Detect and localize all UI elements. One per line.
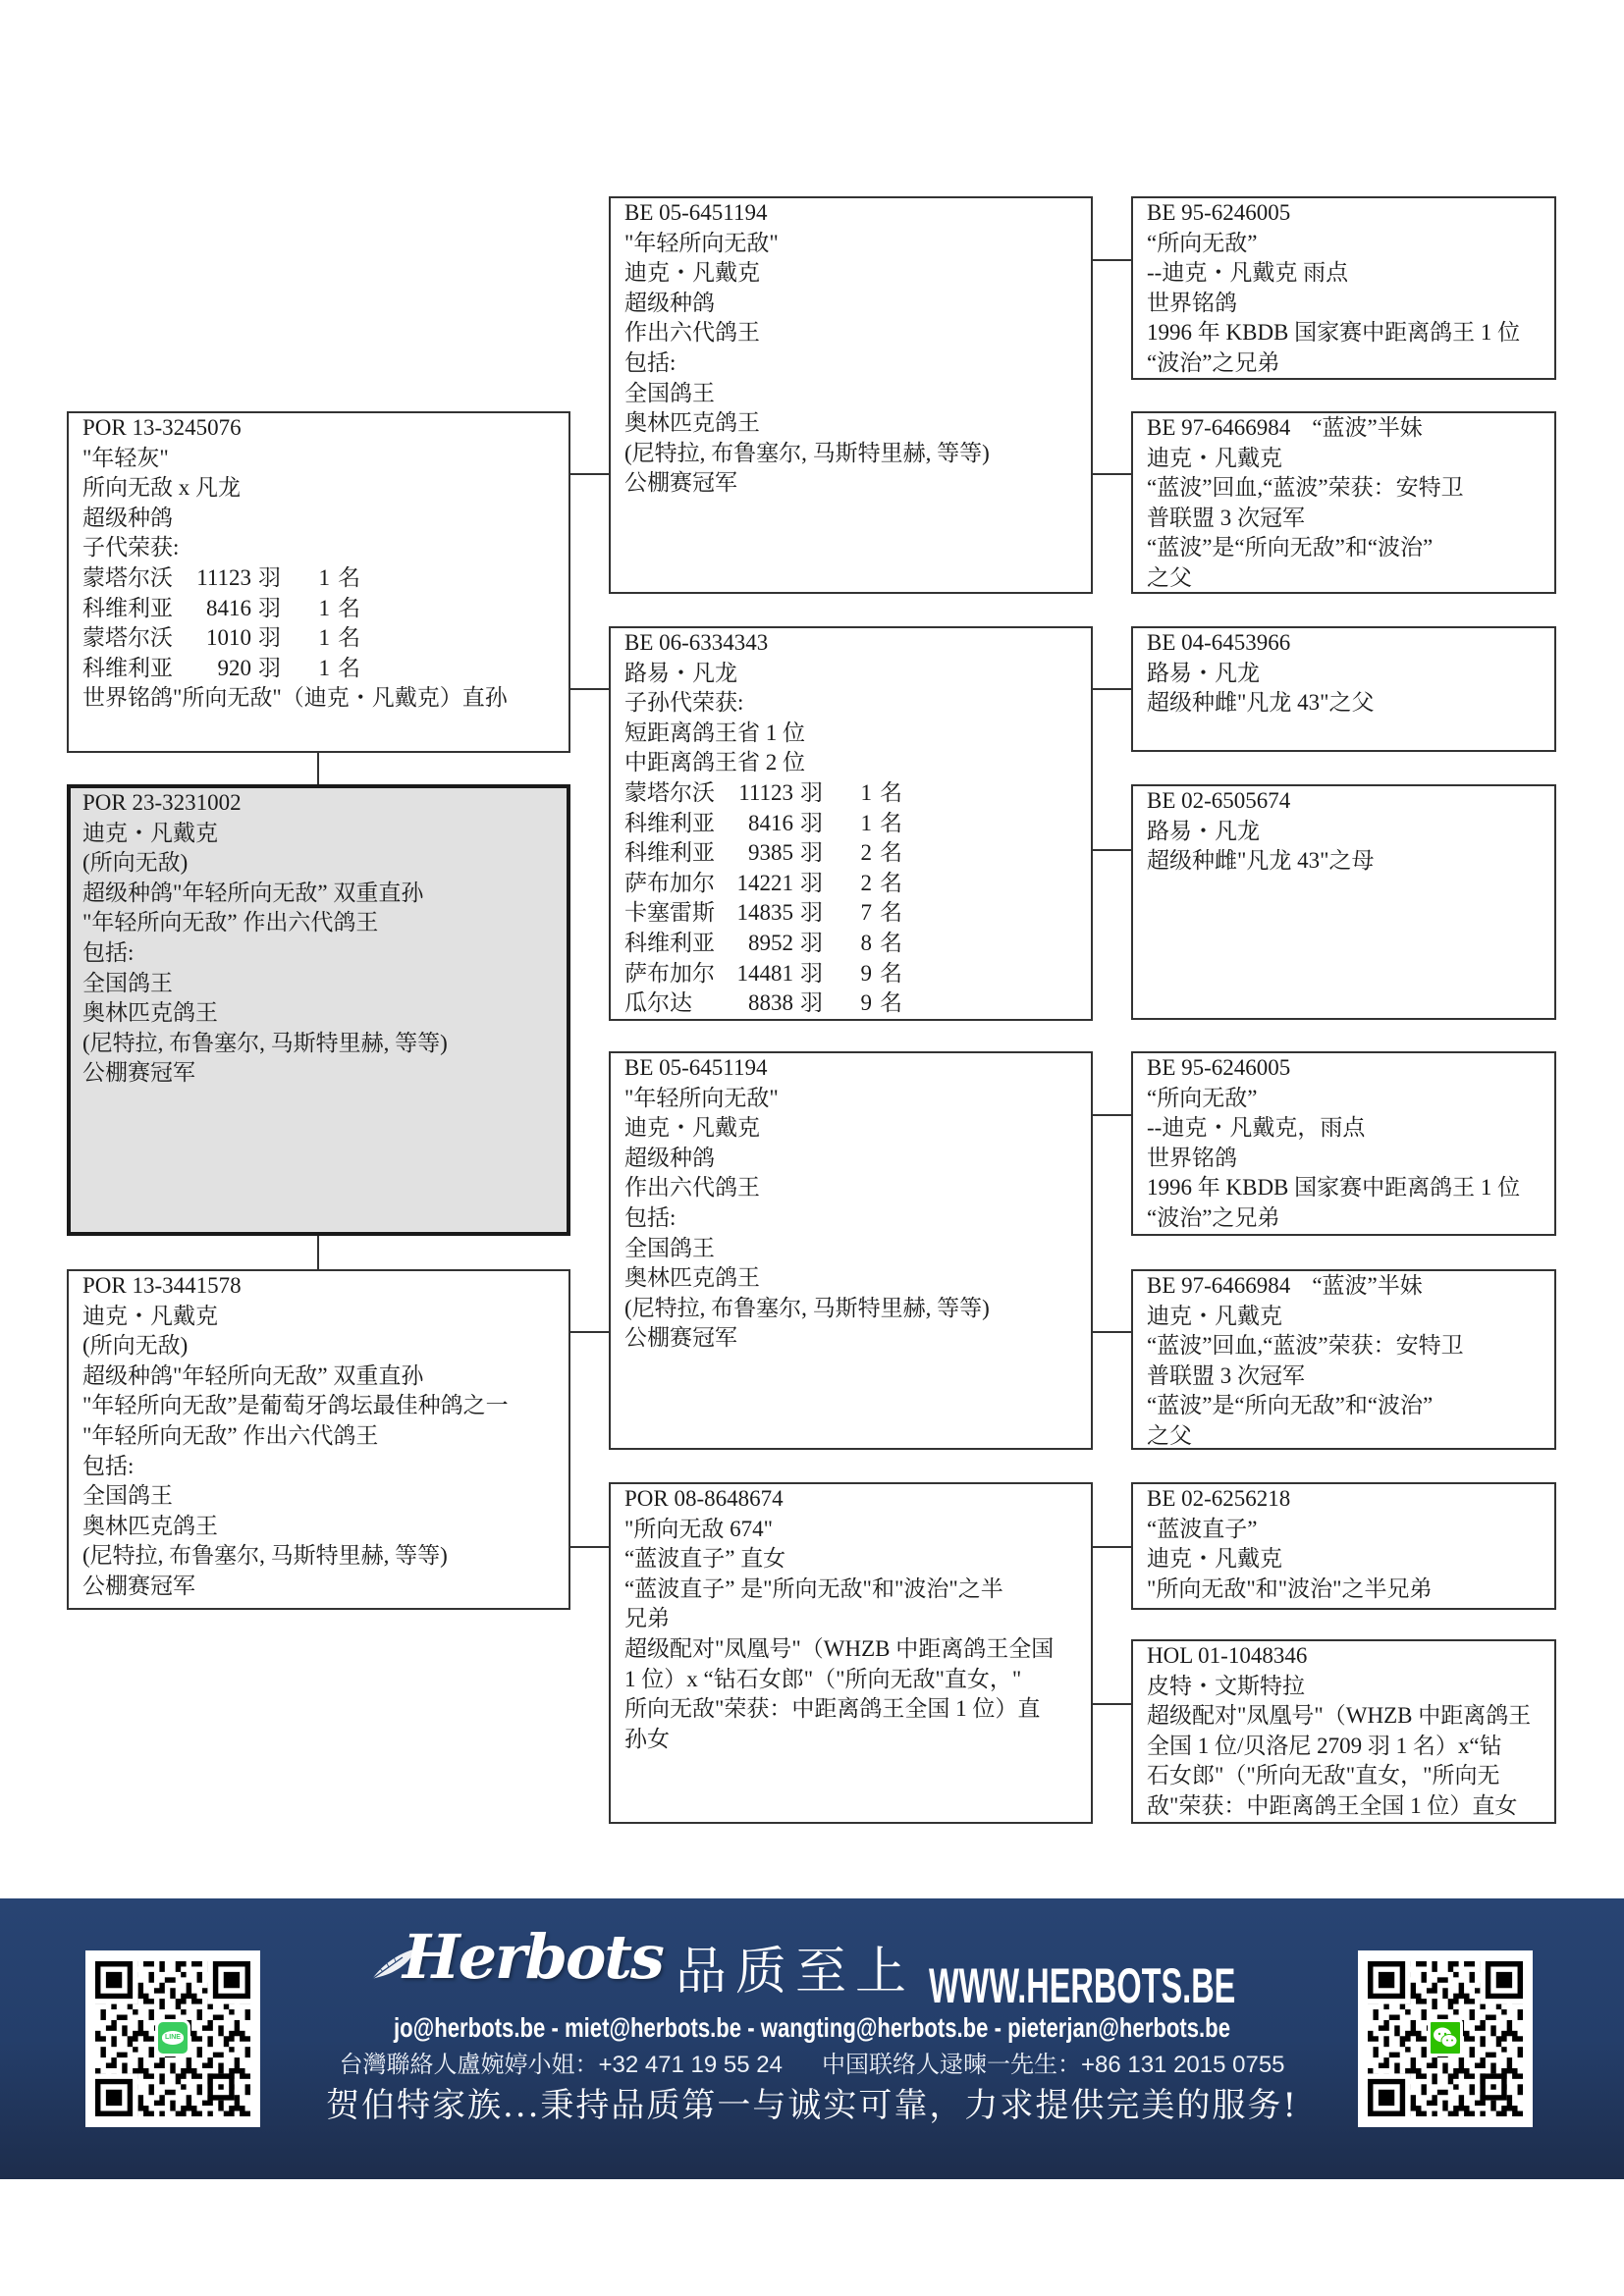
result-place-unit: 名 <box>872 959 902 989</box>
box-line: 中距离鸽王省 2 位 <box>624 748 1083 778</box>
result-birds-unit: 羽 <box>251 623 285 654</box>
result-place: 1 <box>285 654 330 684</box>
pedigree-box-sire-dam-sire: BE 04-6453966 路易・凡龙 超级种雌"凡龙 43"之父 <box>1131 626 1556 752</box>
box-line: 奥林匹克鸽王 <box>624 408 1083 439</box>
result-birds-unit: 羽 <box>793 929 827 959</box>
wechat-bubbles-icon <box>1433 2026 1458 2050</box>
box-line: --迪克・凡戴克 雨点 <box>1147 258 1546 289</box>
box-line: 超级种雌"凡龙 43"之父 <box>1147 688 1546 719</box>
box-line: "所向无敌 674" <box>624 1515 1083 1545</box>
ring-number: BE 97-6466984 <box>1147 415 1290 440</box>
result-race: 科维利亚 <box>82 654 192 684</box>
box-line: “蓝波”回血,“蓝波”荣获：安特卫 <box>1147 1331 1546 1362</box>
box-line: "年轻所向无敌" <box>624 229 1083 259</box>
box-line: 1996 年 KBDB 国家赛中距离鸽王 1 位 <box>1147 1173 1546 1203</box>
result-place-unit: 名 <box>872 838 902 869</box>
result-row: 萨布加尔 14221 羽 2 名 <box>624 869 1083 899</box>
result-row: 科维利亚 8416 羽 1 名 <box>82 594 561 624</box>
result-birds: 11123 <box>734 778 793 809</box>
box-line: 超级种鸽 <box>82 504 561 534</box>
box-line: 普联盟 3 次冠军 <box>1147 1362 1546 1392</box>
result-race: 蒙塔尔沃 <box>82 623 192 654</box>
box-line: "年轻灰" <box>82 444 561 474</box>
email-separator: - <box>741 2012 761 2043</box>
pedigree-box-dam-sire: BE 05-6451194 "年轻所向无敌" 迪克・凡戴克 超级种鸽 作出六代鸽… <box>609 1051 1093 1450</box>
pedigree-box-subject: POR 23-3231002 迪克・凡戴克 (所向无敌) 超级种鸽"年轻所向无敌… <box>67 784 570 1236</box>
box-line: 奥林匹克鸽王 <box>624 1263 1083 1294</box>
result-row: 瓜尔达 8838 羽 9 名 <box>624 988 1083 1019</box>
result-race: 科维利亚 <box>624 809 734 839</box>
result-place-unit: 名 <box>330 594 360 624</box>
ring-number: BE 95-6246005 <box>1147 198 1546 229</box>
box-line: 所向无敌"荣获：中距离鸽王全国 1 位）直 <box>624 1694 1083 1725</box>
box-line: (尼特拉, 布鲁塞尔, 马斯特里赫, 等等) <box>82 1029 559 1059</box>
ring-number: BE 02-6256218 <box>1147 1484 1546 1515</box>
result-place: 1 <box>285 623 330 654</box>
ring-suffix: “蓝波”半妹 <box>1312 415 1422 440</box>
connector-line <box>570 1546 609 1548</box>
box-line: 迪克・凡戴克 <box>1147 444 1546 474</box>
box-line: 超级种鸽"年轻所向无敌” 双重直孙 <box>82 879 559 909</box>
result-place-unit: 名 <box>872 929 902 959</box>
pedigree-box-dam-sire-dam: BE 97-6466984“蓝波”半妹 迪克・凡戴克 “蓝波”回血,“蓝波”荣获… <box>1131 1269 1556 1450</box>
pedigree-box-sire-sire-dam: BE 97-6466984“蓝波”半妹 迪克・凡戴克 “蓝波”回血,“蓝波”荣获… <box>1131 411 1556 594</box>
box-line: 迪克・凡戴克 <box>624 1113 1083 1144</box>
result-birds-unit: 羽 <box>793 988 827 1019</box>
result-row: 科维利亚 8952 羽 8 名 <box>624 929 1083 959</box>
email-link[interactable]: jo@herbots.be <box>394 2012 545 2043</box>
pedigree-box-dam-dam: POR 08-8648674 "所向无敌 674" “蓝波直子” 直女 “蓝波直… <box>609 1482 1093 1824</box>
result-race: 萨布加尔 <box>624 959 734 989</box>
connector-line <box>570 688 609 690</box>
box-line: 世界铭鸽 <box>1147 1144 1546 1174</box>
box-line: 短距离鸽王省 1 位 <box>624 719 1083 749</box>
result-birds-unit: 羽 <box>793 959 827 989</box>
brand-logo: Herbots <box>403 1916 663 1999</box>
result-place-unit: 名 <box>330 623 360 654</box>
ring-number: POR 23-3231002 <box>82 788 559 819</box>
ring-suffix: “蓝波”半妹 <box>1312 1273 1422 1298</box>
box-line: “波治”之兄弟 <box>1147 1203 1546 1234</box>
ring-number: POR 13-3245076 <box>82 413 561 444</box>
result-row: 科维利亚 9385 羽 2 名 <box>624 838 1083 869</box>
box-line: "年轻所向无敌”是葡萄牙鸽坛最佳种鸽之一 <box>82 1391 561 1421</box>
connector-line <box>1093 849 1131 851</box>
ring-line: BE 97-6466984“蓝波”半妹 <box>1147 413 1546 444</box>
box-line: 迪克・凡戴克 <box>624 258 1083 289</box>
result-race: 卡塞雷斯 <box>624 898 734 929</box>
result-row: 蒙塔尔沃 11123 羽 1 名 <box>624 778 1083 809</box>
box-line: (所向无敌) <box>82 848 559 879</box>
result-race: 科维利亚 <box>82 594 192 624</box>
connector-line <box>570 473 609 475</box>
box-line: 1 位）x “钻石女郎"（"所向无敌"直女，" <box>624 1665 1083 1695</box>
connector-line <box>1093 688 1131 690</box>
box-line: 兄弟 <box>624 1604 1083 1634</box>
box-line: “所向无敌” <box>1147 229 1546 259</box>
result-birds: 920 <box>192 654 251 684</box>
result-place: 8 <box>827 929 872 959</box>
qr-code-wechat <box>1358 1950 1533 2127</box>
box-line: 世界铭鸽"所向无敌"（迪克・凡戴克）直孙 <box>82 683 561 714</box>
box-line: 作出六代鸽王 <box>624 318 1083 348</box>
result-birds: 14221 <box>734 869 793 899</box>
pedigree-box-dam: POR 13-3441578 迪克・凡戴克 (所向无敌) 超级种鸽"年轻所向无敌… <box>67 1269 570 1610</box>
result-place: 9 <box>827 959 872 989</box>
result-place-unit: 名 <box>872 869 902 899</box>
box-line: “蓝波直子” <box>1147 1515 1546 1545</box>
result-place-unit: 名 <box>872 898 902 929</box>
contact-china: 中国联络人逯暕一先生：+86 131 2015 0755 <box>822 2052 1285 2078</box>
box-line: 1996 年 KBDB 国家赛中距离鸽王 1 位 <box>1147 318 1546 348</box>
pedigree-box-sire-dam-dam: BE 02-6505674 路易・凡龙 超级种雌"凡龙 43"之母 <box>1131 784 1556 1020</box>
result-place-unit: 名 <box>330 654 360 684</box>
result-birds-unit: 羽 <box>793 869 827 899</box>
result-birds: 8416 <box>192 594 251 624</box>
result-race: 蒙塔尔沃 <box>624 778 734 809</box>
box-line: “波治”之兄弟 <box>1147 348 1546 379</box>
box-line: 石女郎"（"所向无敌"直女，"所向无 <box>1147 1761 1546 1791</box>
result-birds: 14835 <box>734 898 793 929</box>
result-row: 蒙塔尔沃 1010 羽 1 名 <box>82 623 561 654</box>
result-birds-unit: 羽 <box>793 898 827 929</box>
ring-number: POR 13-3441578 <box>82 1271 561 1302</box>
box-line: 迪克・凡戴克 <box>82 1302 561 1332</box>
footer-banner: LINE Herbots 品质至上 WWW.HERBOTS.BE jo@herb… <box>0 1898 1624 2179</box>
box-line: "年轻所向无敌” 作出六代鸽王 <box>82 1421 561 1452</box>
pedigree-box-sire-sire-sire: BE 95-6246005 “所向无敌” --迪克・凡戴克 雨点 世界铭鸽 19… <box>1131 196 1556 380</box>
box-line: 奥林匹克鸽王 <box>82 998 559 1029</box>
result-place: 1 <box>827 809 872 839</box>
box-line: “所向无敌” <box>1147 1084 1546 1114</box>
ring-number: BE 95-6246005 <box>1147 1053 1546 1084</box>
result-birds: 8416 <box>734 809 793 839</box>
box-line: 超级配对"凤凰号"（WHZB 中距离鸽王全国 <box>624 1634 1083 1665</box>
box-line: 之父 <box>1147 1421 1546 1450</box>
result-birds-unit: 羽 <box>793 838 827 869</box>
box-line: 子代荣获: <box>82 533 561 563</box>
result-place-unit: 名 <box>872 778 902 809</box>
result-row: 卡塞雷斯 14835 羽 7 名 <box>624 898 1083 929</box>
box-line: 超级种鸽 <box>624 1144 1083 1174</box>
ring-number: BE 97-6466984 <box>1147 1273 1290 1298</box>
box-line: 路易・凡龙 <box>1147 817 1546 847</box>
box-line: 全国鸽王 <box>82 1481 561 1512</box>
email-link[interactable]: wangting@herbots.be <box>761 2012 989 2043</box>
box-line: 路易・凡龙 <box>624 659 1083 689</box>
box-line: 作出六代鸽王 <box>624 1173 1083 1203</box>
ring-number: BE 04-6453966 <box>1147 628 1546 659</box>
result-race: 瓜尔达 <box>624 988 734 1019</box>
box-line: "所向无敌"和"波治"之半兄弟 <box>1147 1575 1546 1605</box>
result-birds-unit: 羽 <box>793 778 827 809</box>
result-place: 2 <box>827 838 872 869</box>
box-line: "年轻所向无敌" <box>624 1084 1083 1114</box>
email-list: jo@herbots.be - miet@herbots.be - wangti… <box>171 2012 1454 2044</box>
box-line: 包括: <box>82 938 559 969</box>
box-line: 公棚赛冠军 <box>82 1572 561 1602</box>
result-birds-unit: 羽 <box>251 594 285 624</box>
box-line: "年轻所向无敌” 作出六代鸽王 <box>82 908 559 938</box>
result-race: 萨布加尔 <box>624 869 734 899</box>
box-line: 超级种鸽"年轻所向无敌” 双重直孙 <box>82 1362 561 1392</box>
connector-line <box>1093 259 1131 261</box>
pedigree-box-dam-dam-dam: HOL 01-1048346 皮特・文斯特拉 超级配对"凤凰号"（WHZB 中距… <box>1131 1639 1556 1824</box>
ring-number: BE 06-6334343 <box>624 628 1083 659</box>
ring-number: BE 05-6451194 <box>624 1053 1083 1084</box>
box-line: 公棚赛冠军 <box>624 468 1083 499</box>
box-line: “蓝波”是“所向无敌”和“波治” <box>1147 533 1546 563</box>
result-birds-unit: 羽 <box>793 809 827 839</box>
result-place: 1 <box>285 594 330 624</box>
email-separator: - <box>545 2012 565 2043</box>
wechat-icon <box>1428 2019 1463 2056</box>
result-race: 科维利亚 <box>624 929 734 959</box>
box-line: 全国鸽王 <box>624 379 1083 409</box>
pedigree-box-dam-sire-sire: BE 95-6246005 “所向无敌” --迪克・凡戴克，雨点 世界铭鸽 19… <box>1131 1051 1556 1236</box>
result-place: 1 <box>827 778 872 809</box>
pedigree-box-sire-sire: BE 05-6451194 "年轻所向无敌" 迪克・凡戴克 超级种鸽 作出六代鸽… <box>609 196 1093 594</box>
box-line: 包括: <box>82 1452 561 1482</box>
box-line: 公棚赛冠军 <box>82 1058 559 1089</box>
connector-line <box>1093 473 1131 475</box>
box-line: 包括: <box>624 348 1083 379</box>
result-birds: 8952 <box>734 929 793 959</box>
ring-line: BE 97-6466984“蓝波”半妹 <box>1147 1271 1546 1302</box>
contact-taiwan: 台灣聯絡人盧婉婷小姐：+32 471 19 55 24 <box>339 2052 783 2078</box>
box-line: (尼特拉, 布鲁塞尔, 马斯特里赫, 等等) <box>82 1541 561 1572</box>
result-row: 科维利亚 8416 羽 1 名 <box>624 809 1083 839</box>
result-race: 蒙塔尔沃 <box>82 563 192 594</box>
box-line: 迪克・凡戴克 <box>82 819 559 849</box>
email-link[interactable]: pieterjan@herbots.be <box>1007 2012 1230 2043</box>
result-place: 7 <box>827 898 872 929</box>
box-line: (所向无敌) <box>82 1331 561 1362</box>
box-line: (尼特拉, 布鲁塞尔, 马斯特里赫, 等等) <box>624 1294 1083 1324</box>
box-line: 孙女 <box>624 1725 1083 1755</box>
result-place: 2 <box>827 869 872 899</box>
box-line: 全国鸽王 <box>82 969 559 999</box>
box-line: 超级种雌"凡龙 43"之母 <box>1147 846 1546 877</box>
result-birds-unit: 羽 <box>251 563 285 594</box>
result-birds: 8838 <box>734 988 793 1019</box>
box-line: “蓝波”回血,“蓝波”荣获：安特卫 <box>1147 473 1546 504</box>
box-line: 子孙代荣获: <box>624 688 1083 719</box>
ring-number: BE 05-6451194 <box>624 198 1083 229</box>
result-place-unit: 名 <box>872 809 902 839</box>
email-link[interactable]: miet@herbots.be <box>565 2012 741 2043</box>
box-line: --迪克・凡戴克，雨点 <box>1147 1113 1546 1144</box>
result-birds-unit: 羽 <box>251 654 285 684</box>
result-place: 1 <box>285 563 330 594</box>
connector-line <box>317 753 319 784</box>
result-birds: 14481 <box>734 959 793 989</box>
pedigree-box-dam-dam-sire: BE 02-6256218 “蓝波直子” 迪克・凡戴克 "所向无敌"和"波治"之… <box>1131 1482 1556 1610</box>
connector-line <box>1093 1114 1131 1116</box>
box-line: 包括: <box>624 1203 1083 1234</box>
brand-tagline: 品质至上 <box>676 1942 915 2002</box>
box-line: 超级配对"凤凰号"（WHZB 中距离鸽王 <box>1147 1701 1546 1732</box>
result-place: 9 <box>827 988 872 1019</box>
website-link[interactable]: WWW.HERBOTS.BE <box>929 1963 1235 2008</box>
box-line: 普联盟 3 次冠军 <box>1147 504 1546 534</box>
result-birds: 1010 <box>192 623 251 654</box>
box-line: 之父 <box>1147 563 1546 594</box>
connector-line <box>317 1236 319 1269</box>
result-birds: 9385 <box>734 838 793 869</box>
result-place-unit: 名 <box>330 563 360 594</box>
email-separator: - <box>988 2012 1007 2043</box>
result-row: 萨布加尔 14481 羽 9 名 <box>624 959 1083 989</box>
ring-number: HOL 01-1048346 <box>1147 1641 1546 1672</box>
box-line: 全国 1 位/贝洛尼 2709 羽 1 名）x“钻 <box>1147 1732 1546 1762</box>
box-line: 全国鸽王 <box>624 1234 1083 1264</box>
connector-line <box>1093 1703 1131 1705</box>
connector-line <box>570 1331 609 1333</box>
result-row: 科维利亚 920 羽 1 名 <box>82 654 561 684</box>
box-line: “蓝波”是“所向无敌”和“波治” <box>1147 1391 1546 1421</box>
result-place-unit: 名 <box>872 988 902 1019</box>
box-line: 超级种鸽 <box>624 289 1083 319</box>
box-line: 奥林匹克鸽王 <box>82 1512 561 1542</box>
box-line: 所向无敌 x 凡龙 <box>82 473 561 504</box>
box-line: “蓝波直子” 是"所向无敌"和"波治"之半 <box>624 1575 1083 1605</box>
box-line: 迪克・凡戴克 <box>1147 1544 1546 1575</box>
box-line: 公棚赛冠军 <box>624 1323 1083 1354</box>
ring-number: POR 08-8648674 <box>624 1484 1083 1515</box>
box-line: 皮特・文斯特拉 <box>1147 1672 1546 1702</box>
pedigree-box-sire-dam: BE 06-6334343 路易・凡龙 子孙代荣获: 短距离鸽王省 1 位 中距… <box>609 626 1093 1021</box>
box-line: “蓝波直子” 直女 <box>624 1544 1083 1575</box>
box-line: 路易・凡龙 <box>1147 659 1546 689</box>
result-race: 科维利亚 <box>624 838 734 869</box>
result-row: 蒙塔尔沃 11123 羽 1 名 <box>82 563 561 594</box>
box-line: 敌"荣获：中距离鸽王全国 1 位）直女 <box>1147 1791 1546 1822</box>
connector-line <box>1093 1546 1131 1548</box>
pedigree-box-sire: POR 13-3245076 "年轻灰" 所向无敌 x 凡龙 超级种鸽 子代荣获… <box>67 411 570 753</box>
box-line: (尼特拉, 布鲁塞尔, 马斯特里赫, 等等) <box>624 439 1083 469</box>
box-line: 迪克・凡戴克 <box>1147 1302 1546 1332</box>
connector-line <box>1093 1331 1131 1333</box>
result-birds: 11123 <box>192 563 251 594</box>
box-line: 世界铭鸽 <box>1147 289 1546 319</box>
ring-number: BE 02-6505674 <box>1147 786 1546 817</box>
